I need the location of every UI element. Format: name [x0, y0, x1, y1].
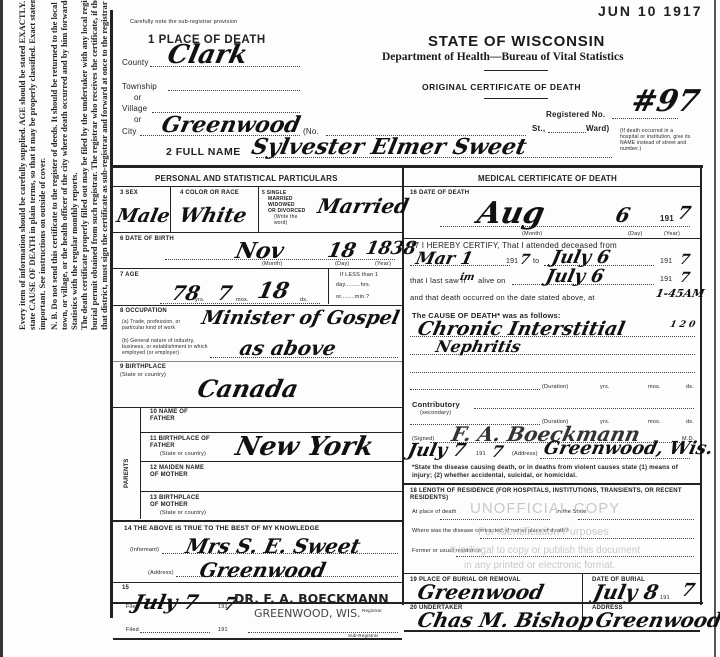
instruction-col2: N. B. Do not send this certificate to th… — [49, 0, 59, 330]
cause-line-3 — [410, 372, 695, 373]
cause-footnote: *State the disease causing death, or in … — [412, 464, 694, 479]
or-label-1: or — [134, 93, 142, 102]
father-birthplace-label: 11 BIRTHPLACE OF FATHER — [150, 436, 210, 450]
mother-birthplace-label: 13 BIRTHPLACE OF MOTHER — [150, 495, 210, 509]
row-rule-burial — [404, 602, 700, 603]
death-day-caption: (Day) — [628, 231, 642, 237]
watermark-line2: For Identification Purposes — [478, 526, 609, 538]
mother-birthplace-caption: (State or country) — [160, 510, 206, 516]
burial-year: 7 — [680, 580, 697, 601]
sub-registrar-note: Carefully note the sub-registrar provisi… — [130, 19, 237, 25]
informant-value: Mrs S. E. Sweet — [183, 534, 362, 558]
form-left-border — [110, 10, 113, 618]
row-rule-dob — [113, 268, 402, 269]
occupation-a-value: Minister of Gospel — [200, 307, 402, 329]
last-saw-date: July 6 — [544, 266, 606, 287]
birthplace-label: 9 BIRTHPLACE — [120, 364, 166, 370]
attended-from-year: 7 — [518, 252, 531, 268]
death-year-prefix: 191 — [660, 214, 674, 223]
cause-line1-note: 1 2 0 — [669, 320, 696, 330]
marital-options: 5 SINGLE MARRIED WIDOWED OR DIVORCED (Wr… — [262, 190, 312, 226]
informant-address-value: Greenwood — [197, 558, 328, 582]
contracted-line — [480, 538, 694, 539]
or-label-2: or — [134, 115, 142, 124]
in-state-line — [578, 519, 694, 520]
signed-address-caption: (Address) — [512, 451, 538, 457]
row-rule-birthplace — [113, 407, 402, 408]
last-saw-year-prefix: 191 — [660, 276, 672, 283]
cause-line2: Nephritis — [434, 337, 523, 356]
watermark-line3: It is illegal to copy or publish this do… — [450, 545, 640, 556]
birthplace-caption: (State or country) — [120, 372, 166, 378]
alive-on-label: alive on — [478, 276, 505, 285]
race-label: 4 COLOR OR RACE — [180, 190, 239, 196]
dob-label: 6 DATE OF BIRTH — [120, 236, 174, 242]
at-place-line — [440, 519, 550, 520]
row-rule-occupation — [113, 361, 402, 362]
occupation-b-label: (b) General nature of industry, business… — [122, 338, 212, 356]
less-than-or-min: or........min.? — [336, 294, 369, 300]
hospital-note: (If death occurred in a hospital or inst… — [620, 128, 692, 152]
instruction-col1: Every item of information should be care… — [17, 0, 27, 330]
township-line — [168, 90, 300, 91]
cause-line-4 — [410, 389, 540, 390]
undertaker-value: Chas M. Bishop — [415, 608, 595, 632]
filed-caption-2: Filed — [126, 627, 139, 633]
full-name-label: 2 FULL NAME — [166, 146, 241, 158]
signed-date: July 7 — [406, 440, 468, 461]
marital-value: Married — [315, 194, 411, 218]
row-rule-mother — [141, 491, 402, 492]
father-birthplace-caption: (State or country) — [160, 451, 206, 457]
registrar-stamp-name: DR. F. A. BOECKMANN — [234, 591, 389, 606]
signed-year: 7 — [490, 442, 505, 461]
to-label: to — [533, 258, 539, 265]
row-rule-informant — [113, 582, 402, 583]
sex-value: Male — [115, 205, 172, 227]
occupation-b-value: as above — [237, 336, 338, 360]
death-year-caption: (Year) — [664, 231, 680, 237]
occurred-label: and that death occurred on the date stat… — [410, 293, 595, 302]
contributory-ds: ds. — [686, 419, 694, 425]
department-title: Department of Health—Bureau of Vital Sta… — [382, 51, 624, 63]
registered-no-label: Registered No. — [546, 110, 605, 119]
county-value: Clark — [165, 40, 251, 70]
father-birthplace-value: New York — [233, 432, 376, 462]
last-saw-pronoun: im — [459, 272, 476, 283]
filed-date: July 7 — [131, 590, 200, 614]
attended-from-year-prefix: 191 — [506, 258, 518, 265]
filed-number: 15 — [122, 585, 129, 591]
medical-title-rule — [404, 186, 700, 187]
duration-mos: mos. — [648, 384, 661, 390]
burial-year-prefix: 191 — [660, 595, 670, 601]
age-yrs-unit: yrs. — [195, 297, 205, 303]
former-residence-line — [456, 556, 694, 557]
age-label: 7 AGE — [120, 272, 139, 278]
ward-label: Ward) — [586, 124, 609, 133]
age-months: 7 — [215, 281, 234, 305]
margin-instructions: Every item of information should be care… — [0, 0, 111, 657]
instruction-col2b: town, or village, or the health officer … — [59, 0, 69, 330]
attended-from: Mar 1 — [414, 249, 475, 269]
watermark-line4: in any printed or electronic format. — [464, 560, 615, 571]
ward-line — [548, 132, 586, 133]
age-less-divider — [328, 268, 329, 304]
instruction-col3: The death certificate properly filled ou… — [79, 0, 89, 330]
title-rule-2 — [484, 98, 548, 99]
section-divider-top — [113, 165, 703, 168]
column-divider — [402, 165, 404, 605]
filed-year-prefix-2: 191 — [218, 627, 228, 633]
birthplace-value: Canada — [195, 374, 301, 403]
age-mos-unit: mos. — [236, 297, 249, 303]
less-than-day-hrs: day.........hrs. — [336, 282, 371, 288]
row-rule-father-birthplace — [141, 461, 402, 462]
row-rule-residence — [404, 573, 700, 574]
instruction-col2c: Statistics with the regular monthly repo… — [69, 172, 79, 330]
parents-divider — [140, 407, 141, 519]
age-days: 18 — [255, 278, 291, 304]
informant-address-caption: (Address) — [148, 570, 174, 576]
registrar-stamp-place: GREENWOOD, WIS. — [254, 607, 361, 620]
row-rule-sex — [113, 232, 402, 233]
instruction-col1b: state CAUSE OF DEATH in plain terms, so … — [27, 0, 37, 330]
title-rule-1 — [484, 70, 548, 71]
occurred-time: 1-45AM — [655, 287, 706, 300]
state-title: STATE OF WISCONSIN — [428, 33, 605, 50]
dob-day-caption: (Day) — [335, 261, 349, 267]
signed-address-value: Greenwood, Wis. — [542, 438, 715, 459]
page-right-edge — [714, 0, 716, 657]
death-month: Aug — [474, 196, 548, 231]
death-certificate-page: Every item of information should be care… — [0, 0, 720, 657]
county-label: County — [122, 58, 149, 67]
contributory-sub: (secondary) — [420, 410, 451, 416]
certificate-title: ORIGINAL CERTIFICATE OF DEATH — [422, 82, 581, 92]
registered-no-value: #97 — [628, 84, 702, 119]
registrar-caption: Registrar — [362, 608, 382, 613]
father-name-label: 10 NAME OF FATHER — [150, 409, 195, 423]
form-right-border — [700, 165, 702, 605]
township-label: Township — [122, 82, 157, 91]
row-rule-parents-end — [113, 520, 402, 522]
dob-month-caption: (Month) — [262, 261, 282, 267]
race-marital-divider — [258, 186, 259, 232]
less-than-label: If LESS than 1 — [340, 272, 378, 278]
contributory-mos: mos. — [648, 419, 661, 425]
death-day: 6 — [613, 203, 632, 227]
instruction-col3b: burial permit obtained from such registr… — [89, 0, 99, 330]
undertaker-address-value: Greenwood — [593, 608, 720, 632]
parents-label: PARENTS — [124, 458, 130, 488]
dob-day: 18 — [325, 238, 358, 262]
instruction-col1c: important. See instructions on outside o… — [37, 158, 47, 330]
filed-bottom-rule — [113, 638, 402, 640]
filed-line-2 — [140, 632, 210, 633]
st-label: St., — [532, 124, 545, 133]
informant-declaration: 14 THE ABOVE IS TRUE TO THE BEST OF MY K… — [124, 525, 319, 532]
full-name-value: Sylvester Elmer Sweet — [249, 134, 529, 160]
at-place-label: At place of death — [412, 509, 457, 515]
mother-maiden-label: 12 MAIDEN NAME OF MOTHER — [150, 465, 210, 479]
marital-write-note: (Write the word) — [262, 214, 312, 226]
personal-section-title: PERSONAL AND STATISTICAL PARTICULARS — [155, 174, 338, 183]
watermark-line1: UNOFFICIAL COPY — [470, 500, 620, 517]
last-saw-year: 7 — [678, 270, 691, 286]
row-rule-death-date — [404, 238, 700, 239]
age-ds-unit: ds. — [300, 297, 308, 303]
death-year: 7 — [676, 203, 693, 224]
village-label: Village — [122, 104, 147, 113]
date-of-death-label: 16 DATE OF DEATH — [410, 190, 469, 196]
signed-year-prefix: 191 — [476, 451, 486, 457]
sex-label: 3 SEX — [120, 190, 138, 196]
medical-section-title: MEDICAL CERTIFICATE OF DEATH — [478, 174, 617, 183]
burial-bottom-rule — [404, 630, 700, 632]
city-label: City — [122, 127, 137, 136]
attended-to-year: 7 — [678, 252, 691, 268]
duration-ds: ds. — [686, 384, 694, 390]
occupation-label: 8 OCCUPATION — [120, 308, 167, 314]
duration-caption: (Duration) — [542, 384, 568, 390]
row-rule-age — [113, 305, 402, 306]
death-month-caption: (Month) — [522, 231, 542, 237]
informant-caption: (Informant) — [130, 547, 159, 553]
sex-race-divider — [170, 186, 171, 232]
dob-year-caption: (Year) — [375, 261, 391, 267]
duration-yrs: yrs. — [600, 384, 610, 390]
instruction-col3c: that district, must sign the certificate… — [99, 0, 109, 330]
race-value: White — [177, 203, 249, 227]
attended-to: July 6 — [550, 247, 612, 268]
contributory-label: Contributory — [412, 400, 460, 409]
received-date-stamp: JUN 10 1917 — [598, 3, 703, 19]
row-rule-footnote — [404, 483, 700, 485]
burial-place-value: Greenwood — [415, 580, 546, 604]
last-saw-label: that I last saw h — [410, 276, 466, 285]
occupation-a-label: (a) Trade, profession, or particular kin… — [122, 319, 202, 331]
attended-to-year-prefix: 191 — [660, 258, 672, 265]
contributory-line — [474, 408, 694, 409]
burial-date-value: July 8 — [591, 580, 660, 604]
